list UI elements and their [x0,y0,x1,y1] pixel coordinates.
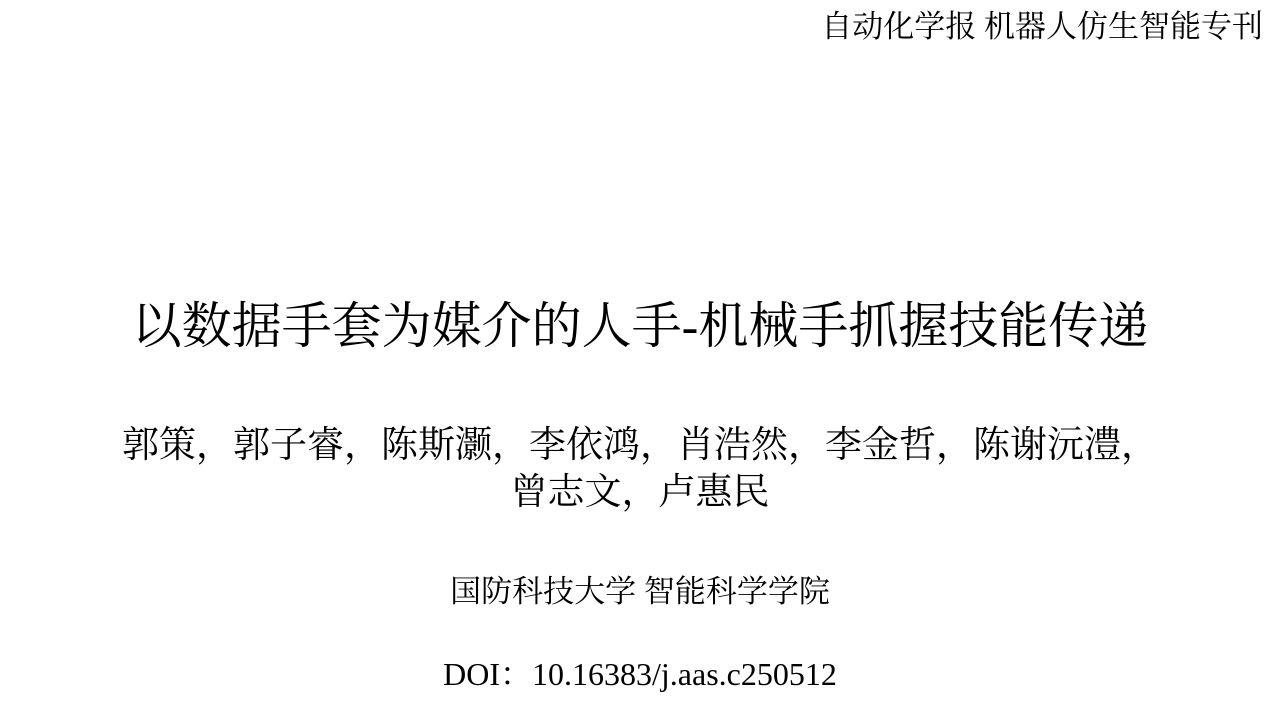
doi: DOI：10.16383/j.aas.c250512 [0,654,1280,696]
authors-block: 郭策，郭子睿，陈斯灏，李依鸿，肖浩然，李金哲，陈谢沅澧， 曾志文，卢惠民 [0,423,1280,517]
authors-line-1: 郭策，郭子睿，陈斯灏，李依鸿，肖浩然，李金哲，陈谢沅澧， [0,423,1280,470]
journal-header: 自动化学报 机器人仿生智能专刊 [821,9,1263,45]
paper-title-slide: 自动化学报 机器人仿生智能专刊 以数据手套为媒介的人手-机械手抓握技能传递 郭策… [0,0,1280,720]
affiliation: 国防科技大学 智能科学学院 [0,572,1280,612]
paper-title: 以数据手套为媒介的人手-机械手抓握技能传递 [0,296,1280,356]
authors-line-2: 曾志文，卢惠民 [0,470,1280,517]
